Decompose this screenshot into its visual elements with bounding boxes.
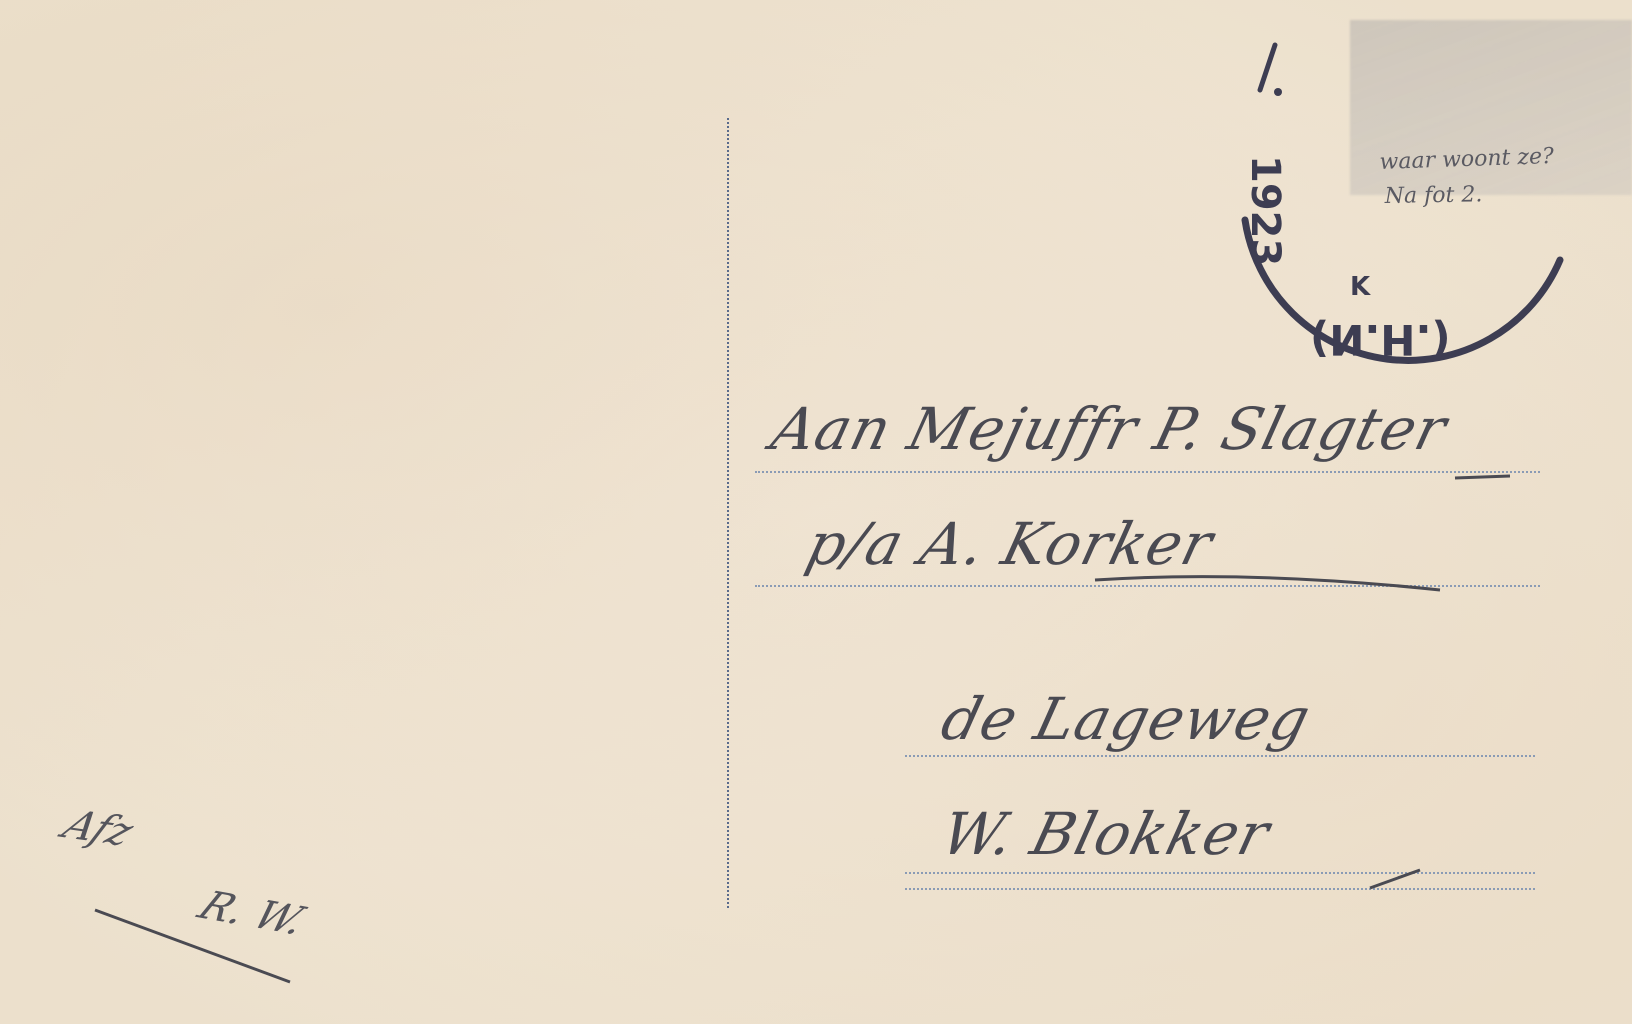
postmark-letter: K	[1350, 272, 1371, 302]
address-rule-4	[905, 872, 1535, 874]
postcard-back: 1923 (N.H.) K waar woont ze? Na fot 2. A…	[0, 0, 1632, 1024]
address-line-2: p/a A. Korker	[800, 510, 1220, 578]
address-rule-5	[905, 888, 1535, 890]
address-line-3: de Lageweg	[935, 685, 1318, 753]
signature-line-1: Afz	[55, 803, 141, 855]
dotted-divider	[727, 118, 729, 908]
postmark-town: (N.H.)	[1310, 315, 1451, 364]
address-rule-2	[755, 585, 1540, 587]
address-rule-3	[905, 755, 1535, 757]
pencil-note-line-2: Na fot 2.	[1385, 182, 1483, 209]
address-rule-1	[755, 471, 1540, 473]
address-line-1: Aan Mejuffr P. Slagter	[765, 395, 1454, 463]
address-line-4: W. Blokker	[935, 800, 1277, 868]
signature-line-2: R. W.	[190, 884, 315, 944]
postmark-year: 1923	[1242, 155, 1288, 266]
